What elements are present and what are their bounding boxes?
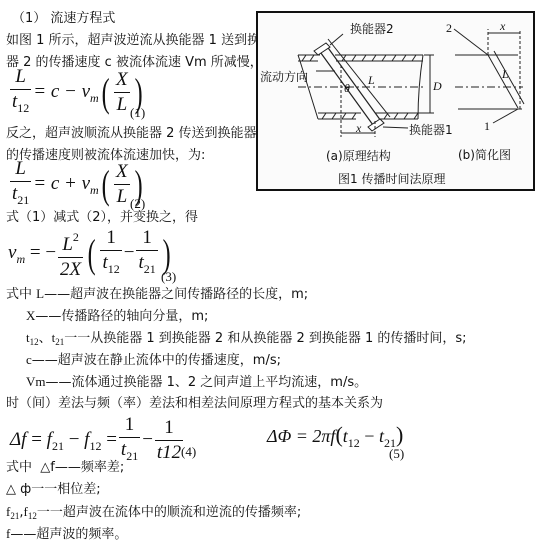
definition-Vm: Vm——流体通过换能器 1、2 之间声道上平均流速，m/s。 [26, 374, 367, 391]
equation-2: Lt21= c + vm(XL) [8, 158, 145, 211]
label-x: x [356, 121, 361, 136]
label-2: 2 [446, 21, 452, 36]
label-L: L [368, 73, 375, 88]
section-heading: （1） 流速方程式 [12, 11, 115, 27]
label-L-b: L [502, 67, 509, 82]
label-1: 1 [484, 119, 490, 134]
definition-c: c——超声波在静止流体中的传播速度，m/s; [26, 352, 281, 369]
label-transducer-2: 换能器2 [350, 20, 394, 37]
equation-1: Lt12= c − vm(XL) [8, 66, 145, 119]
subcaption-a: (a)原理结构 [326, 147, 391, 164]
equation-number: (3) [161, 269, 176, 285]
label-theta: θ [344, 81, 350, 96]
definition-f21-f12: f21,f12一一超声波在流体中的顺流和逆流的传播频率; [6, 504, 301, 524]
label-D: D [433, 79, 442, 94]
figure-caption: 图1 传播时间法原理 [338, 170, 445, 187]
equation-number: (5) [389, 446, 404, 462]
equation-5: ΔΦ = 2πf(t12 − t21) [267, 422, 403, 451]
definition-X: X——传播路径的轴向分量，m; [26, 308, 208, 325]
equation-number: (4) [181, 444, 196, 460]
paragraph-line: 反之，超声波顺流从换能器 2 传送到换能器 1 [6, 126, 269, 142]
subcaption-b: (b)简化图 [458, 146, 511, 163]
label-flow-direction: 流动方向 [260, 68, 308, 85]
equation-3: vm = −L22X(1t12−1t21) [8, 226, 173, 281]
equation-number: (1) [130, 105, 145, 121]
figure-transit-time-principle: 换能器2 流动方向 L θ D x 换能器1 2 1 x L (a)原理结构 (… [256, 11, 535, 191]
definition-L: 式中 L——超声波在换能器之间传播路径的长度，m; [6, 286, 308, 303]
label-x-b: x [500, 19, 505, 34]
paragraph-line: 如图 1 所示，超声波逆流从换能器 1 送到换能 [6, 33, 273, 49]
definition-f: f——超声波的频率。 [6, 526, 127, 543]
definition-delta-f: 式中 △f——频率差; [6, 460, 124, 476]
paragraph-line: 式（1）减式（2），并变换之，得 [6, 210, 198, 226]
label-transducer-1: 换能器1 [409, 121, 453, 138]
definition-t: t12、t21一一从换能器 1 到换能器 2 和从换能器 2 到换能器 1 的传… [26, 330, 467, 350]
definition-delta-phi: △ ф一一相位差; [6, 482, 101, 498]
paragraph-line: 时（间）差法与频（率）差法和相差法间原理方程式的基本关系为 [6, 396, 383, 412]
